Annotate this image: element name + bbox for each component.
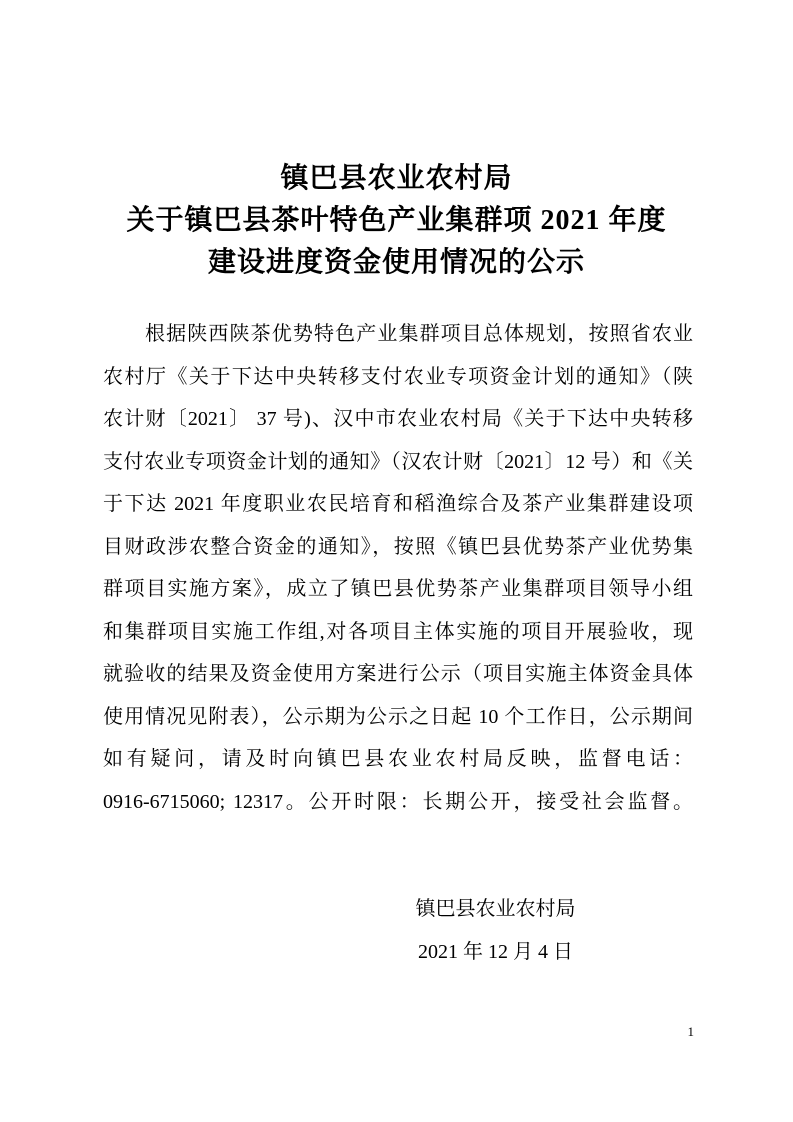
body-line: 目财政涉农整合资金的通知》，按照《镇巴县优势茶产业优势集 [103,526,693,569]
body-line: 农村厅《关于下达中央转移支付农业专项资金计划的通知》（陕 [103,356,693,399]
title-line-2: 关于镇巴县茶叶特色产业集群项 2021 年度 [0,200,793,242]
page-number: 1 [688,1024,695,1040]
body-line: 群项目实施方案》，成立了镇巴县优势茶产业集群项目领导小组 [103,568,693,611]
body-line: 0916-6715060; 12317。公开时限：长期公开，接受社会监督。 [103,781,693,824]
title-line-3: 建设进度资金使用情况的公示 [0,242,793,284]
document-title: 镇巴县农业农村局 关于镇巴县茶叶特色产业集群项 2021 年度 建设进度资金使用… [0,0,793,284]
body-line: 如有疑问，请及时向镇巴县农业农村局反映，监督电话： [103,738,693,781]
body-line: 和集群项目实施工作组,对各项目主体实施的项目开展验收，现 [103,611,693,654]
document-body: 根据陕西陕茶优势特色产业集群项目总体规划，按照省农业 农村厅《关于下达中央转移支… [103,313,693,823]
body-line: 支付农业专项资金计划的通知》（汉农计财〔2021〕12 号）和《关 [103,441,693,484]
document-page: 镇巴县农业农村局 关于镇巴县茶叶特色产业集群项 2021 年度 建设进度资金使用… [0,0,793,1122]
body-line: 就验收的结果及资金使用方案进行公示（项目实施主体资金具体 [103,653,693,696]
signature-block: 镇巴县农业农村局 2021 年 12 月 4 日 [99,888,793,973]
signature-date: 2021 年 12 月 4 日 [99,931,793,974]
title-line-1: 镇巴县农业农村局 [0,158,793,200]
body-line: 根据陕西陕茶优势特色产业集群项目总体规划，按照省农业 [103,313,693,356]
body-line: 农计财〔2021〕 37 号)、汉中市农业农村局《关于下达中央转移 [103,398,693,441]
signature-org: 镇巴县农业农村局 [99,888,793,931]
body-line: 于下达 2021 年度职业农民培育和稻渔综合及茶产业集群建设项 [103,483,693,526]
body-line: 使用情况见附表），公示期为公示之日起 10 个工作日，公示期间 [103,696,693,739]
